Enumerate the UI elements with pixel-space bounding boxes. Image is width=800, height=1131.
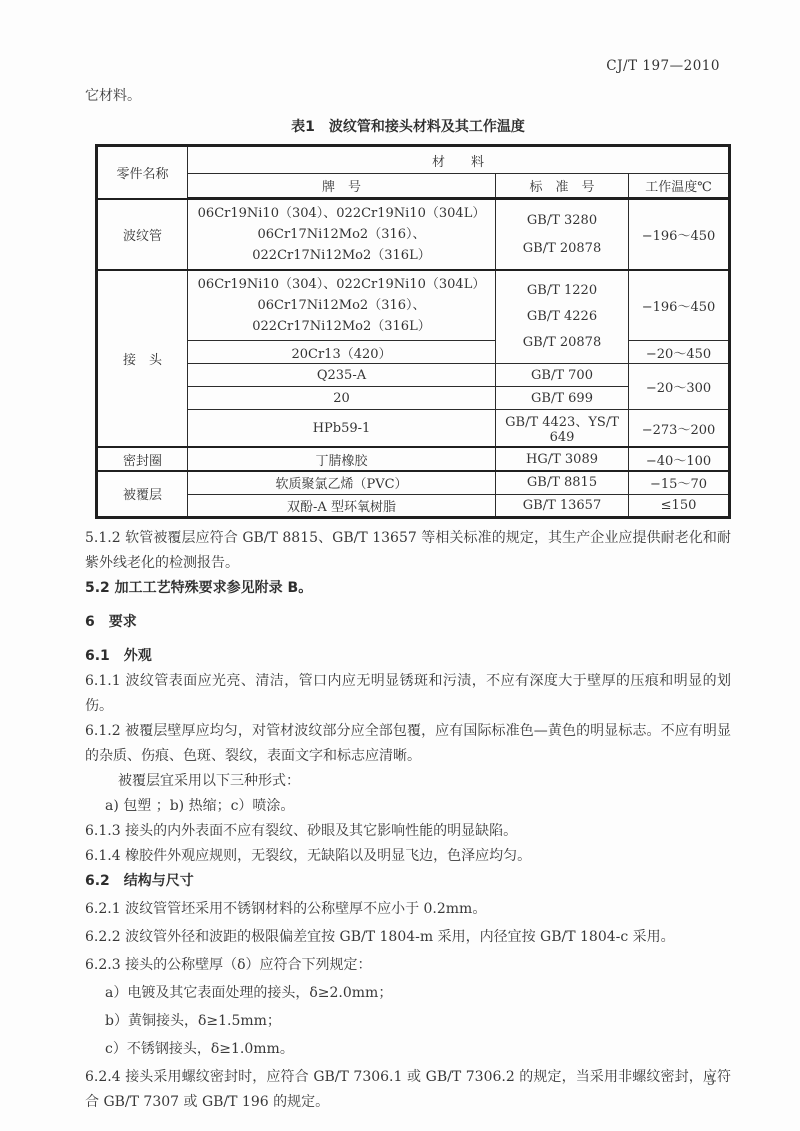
wall-thickness-a: a）电镀及其它表面处理的接头，δ≥2.0mm； — [85, 981, 731, 1006]
cell-pvc-temp: −15～70 — [629, 471, 730, 494]
cell-hpb-temp: −273～200 — [629, 410, 730, 448]
doc-number: CJ/T 197—2010 — [606, 58, 720, 74]
cell-hpb-standard: GB/T 4423、YS/T 649 — [496, 410, 629, 448]
wall-thickness-c: c）不锈钢接头，δ≥1.0mm。 — [85, 1037, 731, 1062]
row-coating-epoxy: 双酚-A 型环氧树脂 GB/T 13657 ≤150 — [97, 494, 730, 517]
cell-bellows-grades: 06Cr19Ni10（304）、022Cr19Ni10（304L） 06Cr17… — [188, 199, 496, 271]
standard-line: GB/T 20878 — [498, 235, 626, 263]
header-material: 材 料 — [188, 146, 730, 174]
clause-6-2-1: 6.2.1 波纹管管坯采用不锈钢材料的公称壁厚不应小于 0.2mm。 — [85, 897, 731, 922]
row-joint-stainless: 接 头 06Cr19Ni10（304）、022Cr19Ni10（304L） 06… — [97, 270, 730, 341]
heading-6: 6 要求 — [85, 610, 731, 635]
cell-q235-grade: Q235-A — [188, 364, 496, 387]
grade-line: 06Cr19Ni10（304）、022Cr19Ni10（304L） — [190, 203, 493, 224]
page-number: 5 — [707, 1074, 715, 1089]
cell-coating-name: 被覆层 — [97, 471, 188, 517]
grade-line: 06Cr17Ni12Mo2（316）、 — [190, 224, 493, 245]
cell-steel20-grade: 20 — [188, 387, 496, 410]
heading-6-2: 6.2 结构与尺寸 — [85, 869, 731, 894]
cell-seal-name: 密封圈 — [97, 447, 188, 471]
standard-line: GB/T 1220 — [498, 278, 626, 304]
standard-line: GB/T 20878 — [498, 330, 626, 356]
header-grade: 牌 号 — [188, 174, 496, 199]
row-joint-cr13: 20Cr13（420） −20～450 — [97, 341, 730, 364]
heading-6-1: 6.1 外观 — [85, 644, 731, 669]
clause-6-1-2: 6.1.2 被覆层壁厚应均匀，对管材波纹部分应全部包覆，应有国际标准色—黄色的明… — [85, 719, 731, 769]
row-coating-pvc: 被覆层 软质聚氯乙烯（PVC） GB/T 8815 −15～70 — [97, 471, 730, 494]
document-page: CJ/T 197—2010 它材料。 表1 波纹管和接头材料及其工作温度 零件名… — [0, 0, 800, 1131]
header-part-name: 零件名称 — [97, 146, 188, 199]
cell-joint-stainless-grades: 06Cr19Ni10（304）、022Cr19Ni10（304L） 06Cr17… — [188, 270, 496, 341]
row-joint-q235: Q235-A GB/T 700 −20～300 — [97, 364, 730, 387]
cell-bellows-name: 波纹管 — [97, 199, 188, 271]
clause-6-1-4: 6.1.4 橡胶件外观应规则，无裂纹，无缺陷以及明显飞边，色泽应均匀。 — [85, 844, 731, 869]
cell-joint-name: 接 头 — [97, 270, 188, 447]
table-title: 表1 波纹管和接头材料及其工作温度 — [85, 116, 731, 136]
standard-line: GB/T 4226 — [498, 304, 626, 330]
standard-line: GB/T 3280 — [498, 207, 626, 235]
cell-q235-standard: GB/T 700 — [496, 364, 629, 387]
clause-6-2-2: 6.2.2 波纹管外径和波距的极限偏差宜按 GB/T 1804-m 采用，内径宜… — [85, 925, 731, 950]
cell-q235-temp: −20～300 — [629, 364, 730, 410]
cell-bellows-standards: GB/T 3280 GB/T 20878 — [496, 199, 629, 271]
grade-line: 06Cr19Ni10（304）、022Cr19Ni10（304L） — [190, 274, 493, 295]
cell-seal-standard: HG/T 3089 — [496, 447, 629, 471]
clause-6-1-3: 6.1.3 接头的内外表面不应有裂纹、砂眼及其它影响性能的明显缺陷。 — [85, 819, 731, 844]
row-joint-hpb: HPb59-1 GB/T 4423、YS/T 649 −273～200 — [97, 410, 730, 448]
cell-epoxy-temp: ≤150 — [629, 494, 730, 517]
cell-steel20-standard: GB/T 699 — [496, 387, 629, 410]
intro-text-fragment: 它材料。 — [85, 86, 731, 106]
cell-hpb-grade: HPb59-1 — [188, 410, 496, 448]
header-temp: 工作温度℃ — [629, 174, 730, 199]
cell-bellows-temp: −196～450 — [629, 199, 730, 271]
coating-forms-intro: 被覆层宜采用以下三种形式： — [85, 769, 731, 794]
row-bellows: 波纹管 06Cr19Ni10（304）、022Cr19Ni10（304L） 06… — [97, 199, 730, 271]
cell-joint-stainless-temp: −196～450 — [629, 270, 730, 341]
cell-cr13-grade: 20Cr13（420） — [188, 341, 496, 364]
cell-seal-grade: 丁腈橡胶 — [188, 447, 496, 471]
coating-forms-list: a) 包塑 ；b) 热缩；c）喷涂。 — [85, 794, 731, 819]
grade-line: 022Cr17Ni12Mo2（316L） — [190, 245, 493, 266]
grade-line: 06Cr17Ni12Mo2（316）、 — [190, 295, 493, 316]
clause-6-1-1: 6.1.1 波纹管表面应光亮、清洁，管口内应无明显锈斑和污渍，不应有深度大于壁厚… — [85, 669, 731, 719]
cell-epoxy-standard: GB/T 13657 — [496, 494, 629, 517]
cell-seal-temp: −40～100 — [629, 447, 730, 471]
cell-epoxy-grade: 双酚-A 型环氧树脂 — [188, 494, 496, 517]
document-body: 5.1.2 软管被覆层应符合 GB/T 8815、GB/T 13657 等相关标… — [85, 526, 731, 1115]
row-seal: 密封圈 丁腈橡胶 HG/T 3089 −40～100 — [97, 447, 730, 471]
clause-6-2-3: 6.2.3 接头的公称壁厚（δ）应符合下列规定： — [85, 953, 731, 978]
cell-cr13-temp: −20～450 — [629, 341, 730, 364]
cell-joint-stainless-standards: GB/T 1220 GB/T 4226 GB/T 20878 — [496, 270, 629, 364]
materials-table: 零件名称 材 料 牌 号 标 准 号 工作温度℃ 波纹管 06Cr19Ni10（… — [95, 144, 731, 519]
cell-pvc-standard: GB/T 8815 — [496, 471, 629, 494]
clause-5-1-2: 5.1.2 软管被覆层应符合 GB/T 8815、GB/T 13657 等相关标… — [85, 526, 731, 576]
clause-6-2-4: 6.2.4 接头采用螺纹密封时，应符合 GB/T 7306.1 或 GB/T 7… — [85, 1065, 731, 1115]
cell-pvc-grade: 软质聚氯乙烯（PVC） — [188, 471, 496, 494]
clause-5-2: 5.2 加工工艺特殊要求参见附录 B。 — [85, 576, 731, 601]
page-content: 它材料。 表1 波纹管和接头材料及其工作温度 零件名称 材 料 牌 号 标 准 … — [85, 86, 731, 1115]
wall-thickness-b: b）黄铜接头，δ≥1.5mm； — [85, 1009, 731, 1034]
grade-line: 022Cr17Ni12Mo2（316L） — [190, 316, 493, 337]
header-standard: 标 准 号 — [496, 174, 629, 199]
